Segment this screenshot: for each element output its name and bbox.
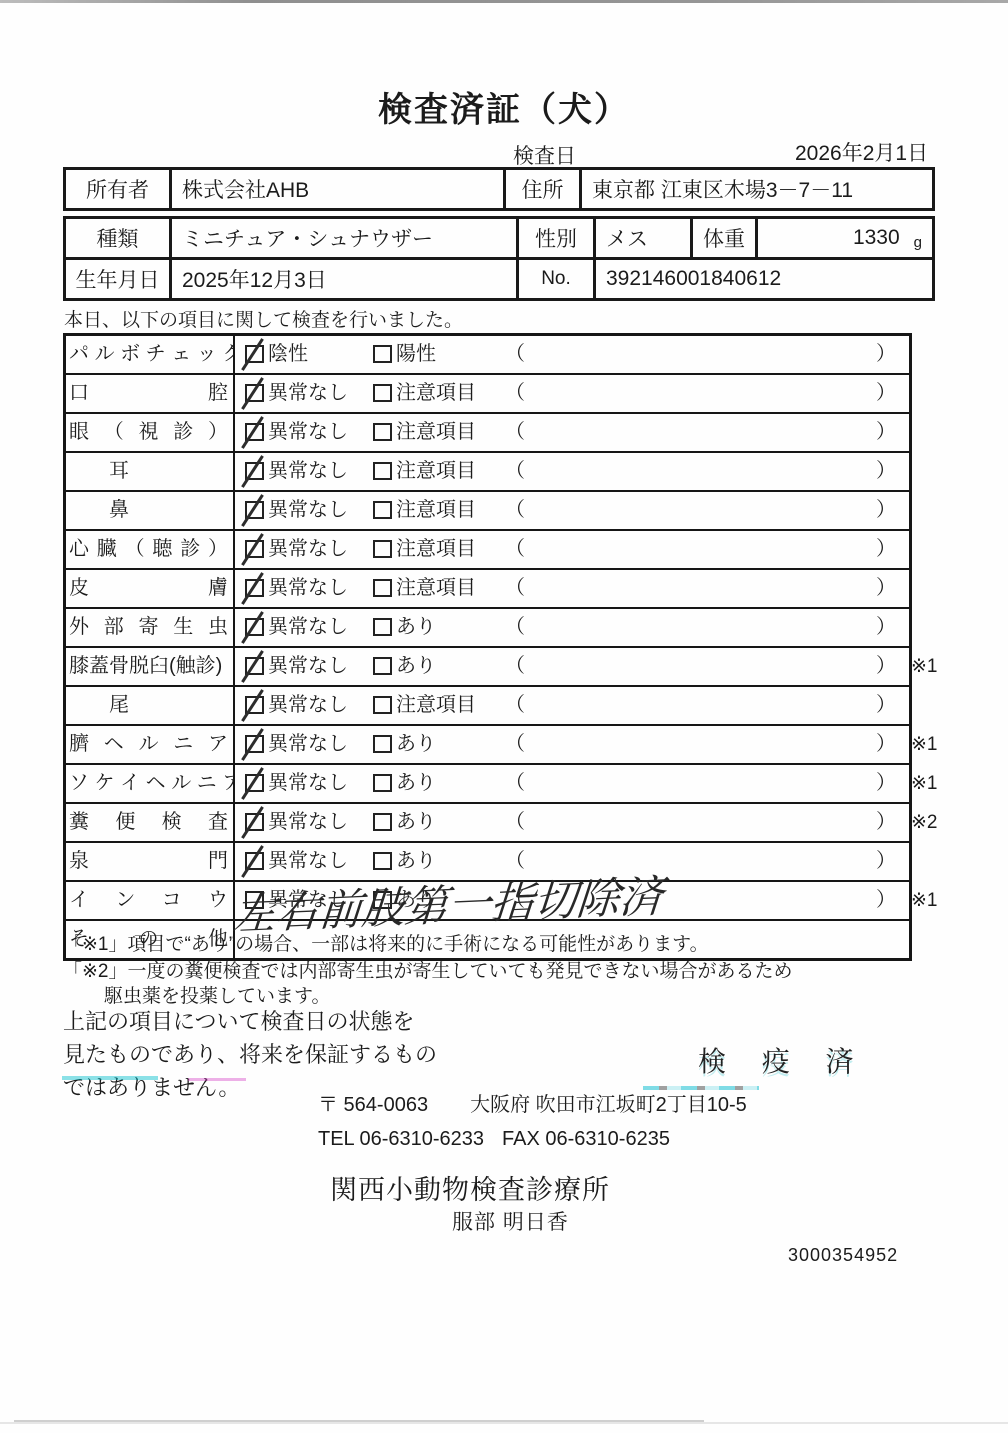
checkbox-unchecked bbox=[373, 579, 392, 597]
no-value: 392146001840612 bbox=[593, 260, 932, 298]
exam-row-content: 異常なしあり（） bbox=[235, 726, 909, 763]
checkbox-unchecked bbox=[373, 852, 392, 870]
exam-item-label: 皮 膚 bbox=[66, 570, 235, 607]
disclaimer-line: 見たものであり、将来を保証するもの bbox=[63, 1038, 437, 1071]
option2-label: 注意項目 bbox=[396, 492, 476, 529]
option2-label: あり bbox=[396, 804, 436, 841]
checkbox-unchecked bbox=[373, 540, 392, 558]
checkbox-unchecked bbox=[373, 696, 392, 714]
address-label: 住所 bbox=[503, 170, 579, 208]
paren-open: （ bbox=[505, 648, 525, 685]
postal-line: 〒 564-0063大阪府 吹田市江坂町2丁目10-5 bbox=[318, 1088, 747, 1117]
option1-label: 異常なし bbox=[268, 531, 348, 568]
exam-row-content: 異常なし注意項目（） bbox=[235, 570, 909, 607]
exam-row-content: 異常なしあり（） bbox=[235, 804, 909, 841]
option2-label: 注意項目 bbox=[396, 375, 476, 412]
checkbox-unchecked bbox=[373, 813, 392, 831]
paren-close: ） bbox=[876, 765, 896, 802]
quarantine-stamp: 検 疫 済 bbox=[698, 1040, 868, 1080]
fax-number: FAX 06-6310-6235 bbox=[502, 1128, 670, 1150]
exam-table-row: 糞 便 検 査異常なしあり（）※2 bbox=[66, 802, 909, 841]
paren-open: （ bbox=[505, 336, 525, 373]
checkbox-unchecked bbox=[373, 462, 392, 480]
weight-unit: g bbox=[914, 234, 922, 251]
scan-edge-bottom-faint bbox=[0, 1422, 1008, 1424]
checkbox-checked bbox=[245, 540, 264, 558]
weight-value: 1330 bbox=[853, 226, 900, 250]
clinic-name: 関西小動物検査診療所 bbox=[330, 1168, 610, 1207]
option2-label: 注意項目 bbox=[396, 570, 476, 607]
option2-label: あり bbox=[396, 648, 436, 685]
option1-label: 異常なし bbox=[268, 609, 348, 646]
option1-label: 異常なし bbox=[268, 687, 348, 724]
sex-label: 性別 bbox=[516, 219, 593, 257]
paren-close: ） bbox=[876, 843, 896, 880]
exam-item-label: パ ル ボ チ ェ ッ ク bbox=[66, 336, 235, 373]
paren-open: （ bbox=[505, 570, 525, 607]
exam-table-row: 眼 （ 視 診 ）異常なし注意項目（） bbox=[66, 412, 909, 451]
birthdate-label: 生年月日 bbox=[66, 260, 169, 298]
exam-item-label: 臍 ヘ ル ニ ア bbox=[66, 726, 235, 763]
option1-label: 陰性 bbox=[268, 336, 308, 373]
intro-text: 本日、以下の項目に関して検査を行いました。 bbox=[64, 305, 463, 332]
scan-artifact-magenta bbox=[188, 1078, 246, 1081]
checkbox-checked bbox=[245, 501, 264, 519]
paren-close: ） bbox=[876, 882, 896, 919]
paren-open: （ bbox=[505, 804, 525, 841]
paren-close: ） bbox=[876, 687, 896, 724]
checkbox-checked bbox=[245, 462, 264, 480]
paren-close: ） bbox=[876, 531, 896, 568]
paren-close: ） bbox=[876, 726, 896, 763]
paren-open: （ bbox=[505, 687, 525, 724]
birthdate-value: 2025年12月3日 bbox=[169, 260, 516, 298]
checkbox-unchecked bbox=[373, 618, 392, 636]
breed-row: 種類 ミニチュア・シュナウザー 性別 メス 体重 1330 g bbox=[66, 219, 932, 257]
paren-close: ） bbox=[876, 648, 896, 685]
exam-table-row: 口 腔異常なし注意項目（） bbox=[66, 373, 909, 412]
disclaimer-line: 上記の項目について検査日の状態を bbox=[63, 1005, 437, 1038]
checkbox-unchecked bbox=[373, 735, 392, 753]
exam-item-label: 心 臓 （ 聴 診 ） bbox=[66, 531, 235, 568]
exam-table-row: 膝蓋骨脱臼(触診)異常なしあり（）※1 bbox=[66, 646, 909, 685]
tel-number: TEL 06-6310-6233 bbox=[318, 1128, 484, 1150]
exam-item-label: 口 腔 bbox=[66, 375, 235, 412]
reference-mark: ※1 bbox=[905, 882, 957, 919]
postal-address: 大阪府 吹田市江坂町2丁目10-5 bbox=[470, 1094, 747, 1116]
checkbox-checked bbox=[245, 657, 264, 675]
option2-label: あり bbox=[396, 609, 436, 646]
owner-value: 株式会社AHB bbox=[169, 170, 503, 208]
scan-edge-top bbox=[0, 0, 1008, 3]
owner-label: 所有者 bbox=[66, 170, 169, 208]
exam-row-content: 異常なし注意項目（） bbox=[235, 375, 909, 412]
exam-row-content: 異常なしあり（） bbox=[235, 765, 909, 802]
option2-label: 注意項目 bbox=[396, 414, 476, 451]
checkbox-checked bbox=[245, 345, 264, 363]
exam-row-content: 異常なし注意項目（） bbox=[235, 453, 909, 490]
option1-label: 異常なし bbox=[268, 570, 348, 607]
exam-table-row: 鼻異常なし注意項目（） bbox=[66, 490, 909, 529]
paren-open: （ bbox=[505, 414, 525, 451]
tel-fax-line: TEL 06-6310-6233FAX 06-6310-6235 bbox=[318, 1128, 670, 1151]
exam-table-row: ソ ケ イ ヘ ル ニ ア異常なしあり（）※1 bbox=[66, 763, 909, 802]
exam-table-row: 皮 膚異常なし注意項目（） bbox=[66, 568, 909, 607]
exam-row-content: 異常なし注意項目（） bbox=[235, 492, 909, 529]
exam-table-row: パ ル ボ チ ェ ッ ク陰性陽性（） bbox=[66, 336, 909, 373]
option1-label: 異常なし bbox=[268, 765, 348, 802]
scanned-certificate-page: 検査済証（犬） 検査日 2026年2月1日 所有者 株式会社AHB 住所 東京都… bbox=[0, 0, 1008, 1433]
document-number: 3000354952 bbox=[788, 1245, 898, 1266]
owner-table: 所有者 株式会社AHB 住所 東京都 江東区木場3－7－11 bbox=[63, 167, 935, 211]
checkbox-unchecked bbox=[373, 423, 392, 441]
checkbox-checked bbox=[245, 384, 264, 402]
exam-table-row: 外 部 寄 生 虫異常なしあり（） bbox=[66, 607, 909, 646]
option1-label: 異常なし bbox=[268, 492, 348, 529]
checkbox-unchecked bbox=[373, 657, 392, 675]
checkbox-checked bbox=[245, 813, 264, 831]
breed-label: 種類 bbox=[66, 219, 169, 257]
exam-item-label: 泉 門 bbox=[66, 843, 235, 880]
reference-mark: ※1 bbox=[905, 648, 957, 685]
paren-close: ） bbox=[876, 570, 896, 607]
exam-row-content: 異常なしあり（） bbox=[235, 648, 909, 685]
birth-row: 生年月日 2025年12月3日 No. 392146001840612 bbox=[66, 257, 932, 298]
checkbox-checked bbox=[245, 696, 264, 714]
paren-open: （ bbox=[505, 492, 525, 529]
veterinarian-name: 服部 明日香 bbox=[452, 1206, 569, 1236]
exam-item-label: イ ン コ ウ bbox=[66, 882, 235, 919]
option2-label: あり bbox=[396, 726, 436, 763]
no-label: No. bbox=[516, 260, 593, 298]
exam-table-row: 心 臓 （ 聴 診 ）異常なし注意項目（） bbox=[66, 529, 909, 568]
exam-row-content: 陰性陽性（） bbox=[235, 336, 909, 373]
postal-code: 〒 564-0063 bbox=[318, 1094, 428, 1116]
inspection-date-label: 検査日 bbox=[513, 140, 576, 170]
paren-open: （ bbox=[505, 609, 525, 646]
footnote-2-line1: 「※2」一度の糞便検査では内部寄生虫が寄生していても発見できない場合があるため bbox=[63, 956, 793, 983]
checkbox-checked bbox=[245, 423, 264, 441]
exam-item-label: 糞 便 検 査 bbox=[66, 804, 235, 841]
exam-item-label: 外 部 寄 生 虫 bbox=[66, 609, 235, 646]
reference-mark: ※1 bbox=[905, 765, 957, 802]
checkbox-unchecked bbox=[373, 345, 392, 363]
exam-item-label: ソ ケ イ ヘ ル ニ ア bbox=[66, 765, 235, 802]
checkbox-checked bbox=[245, 735, 264, 753]
checkbox-unchecked bbox=[373, 384, 392, 402]
option1-label: 異常なし bbox=[268, 648, 348, 685]
exam-row-content: 異常なし注意項目（） bbox=[235, 414, 909, 451]
paren-open: （ bbox=[505, 726, 525, 763]
option1-label: 異常なし bbox=[268, 375, 348, 412]
paren-open: （ bbox=[505, 453, 525, 490]
sex-value: メス bbox=[593, 219, 690, 257]
paren-open: （ bbox=[505, 765, 525, 802]
option1-label: 異常なし bbox=[268, 726, 348, 763]
checkbox-unchecked bbox=[373, 774, 392, 792]
animal-info-table: 種類 ミニチュア・シュナウザー 性別 メス 体重 1330 g 生年月日 202… bbox=[63, 216, 935, 301]
checkbox-checked bbox=[245, 774, 264, 792]
paren-close: ） bbox=[876, 375, 896, 412]
weight-label: 体重 bbox=[690, 219, 755, 257]
paren-open: （ bbox=[505, 531, 525, 568]
exam-rows: パ ル ボ チ ェ ッ ク陰性陽性（）口 腔異常なし注意項目（）眼 （ 視 診 … bbox=[63, 333, 912, 961]
reference-mark: ※1 bbox=[905, 726, 957, 763]
option2-label: 陽性 bbox=[396, 336, 436, 373]
option1-label: 異常なし bbox=[268, 804, 348, 841]
inspection-date-value: 2026年2月1日 bbox=[795, 137, 928, 167]
paren-close: ） bbox=[876, 453, 896, 490]
weight-cell: 1330 g bbox=[755, 219, 932, 257]
checkbox-checked bbox=[245, 852, 264, 870]
reference-mark: ※2 bbox=[905, 804, 957, 841]
option2-label: 注意項目 bbox=[396, 453, 476, 490]
exam-item-label: 尾 bbox=[66, 687, 235, 724]
option1-label: 異常なし bbox=[268, 453, 348, 490]
checkbox-checked bbox=[245, 579, 264, 597]
exam-item-label: 耳 bbox=[66, 453, 235, 490]
exam-table-row: 尾異常なし注意項目（） bbox=[66, 685, 909, 724]
paren-close: ） bbox=[876, 492, 896, 529]
paren-close: ） bbox=[876, 804, 896, 841]
checkbox-checked bbox=[245, 618, 264, 636]
paren-close: ） bbox=[876, 609, 896, 646]
exam-item-label: 眼 （ 視 診 ） bbox=[66, 414, 235, 451]
paren-open: （ bbox=[505, 375, 525, 412]
exam-row-content: 異常なしあり（） bbox=[235, 609, 909, 646]
exam-row-content: 異常なし注意項目（） bbox=[235, 687, 909, 724]
page-title: 検査済証（犬） bbox=[0, 82, 1008, 131]
option2-label: 注意項目 bbox=[396, 687, 476, 724]
checkbox-unchecked bbox=[373, 501, 392, 519]
exam-table-row: 耳異常なし注意項目（） bbox=[66, 451, 909, 490]
exam-table-row: 臍 ヘ ル ニ ア異常なしあり（）※1 bbox=[66, 724, 909, 763]
paren-close: ） bbox=[876, 414, 896, 451]
exam-row-content: 異常なし注意項目（） bbox=[235, 531, 909, 568]
paren-close: ） bbox=[876, 336, 896, 373]
option2-label: 注意項目 bbox=[396, 531, 476, 568]
address-value: 東京都 江東区木場3－7－11 bbox=[579, 170, 932, 208]
owner-row: 所有者 株式会社AHB 住所 東京都 江東区木場3－7－11 bbox=[66, 170, 932, 208]
exam-item-label: 膝蓋骨脱臼(触診) bbox=[66, 648, 235, 685]
scan-artifact-cyan bbox=[62, 1076, 158, 1080]
breed-value: ミニチュア・シュナウザー bbox=[169, 219, 516, 257]
option1-label: 異常なし bbox=[268, 843, 348, 880]
option2-label: あり bbox=[396, 765, 436, 802]
option1-label: 異常なし bbox=[268, 414, 348, 451]
footnote-2-line2: 駆虫薬を投薬しています。 bbox=[104, 981, 330, 1008]
exam-item-label: 鼻 bbox=[66, 492, 235, 529]
